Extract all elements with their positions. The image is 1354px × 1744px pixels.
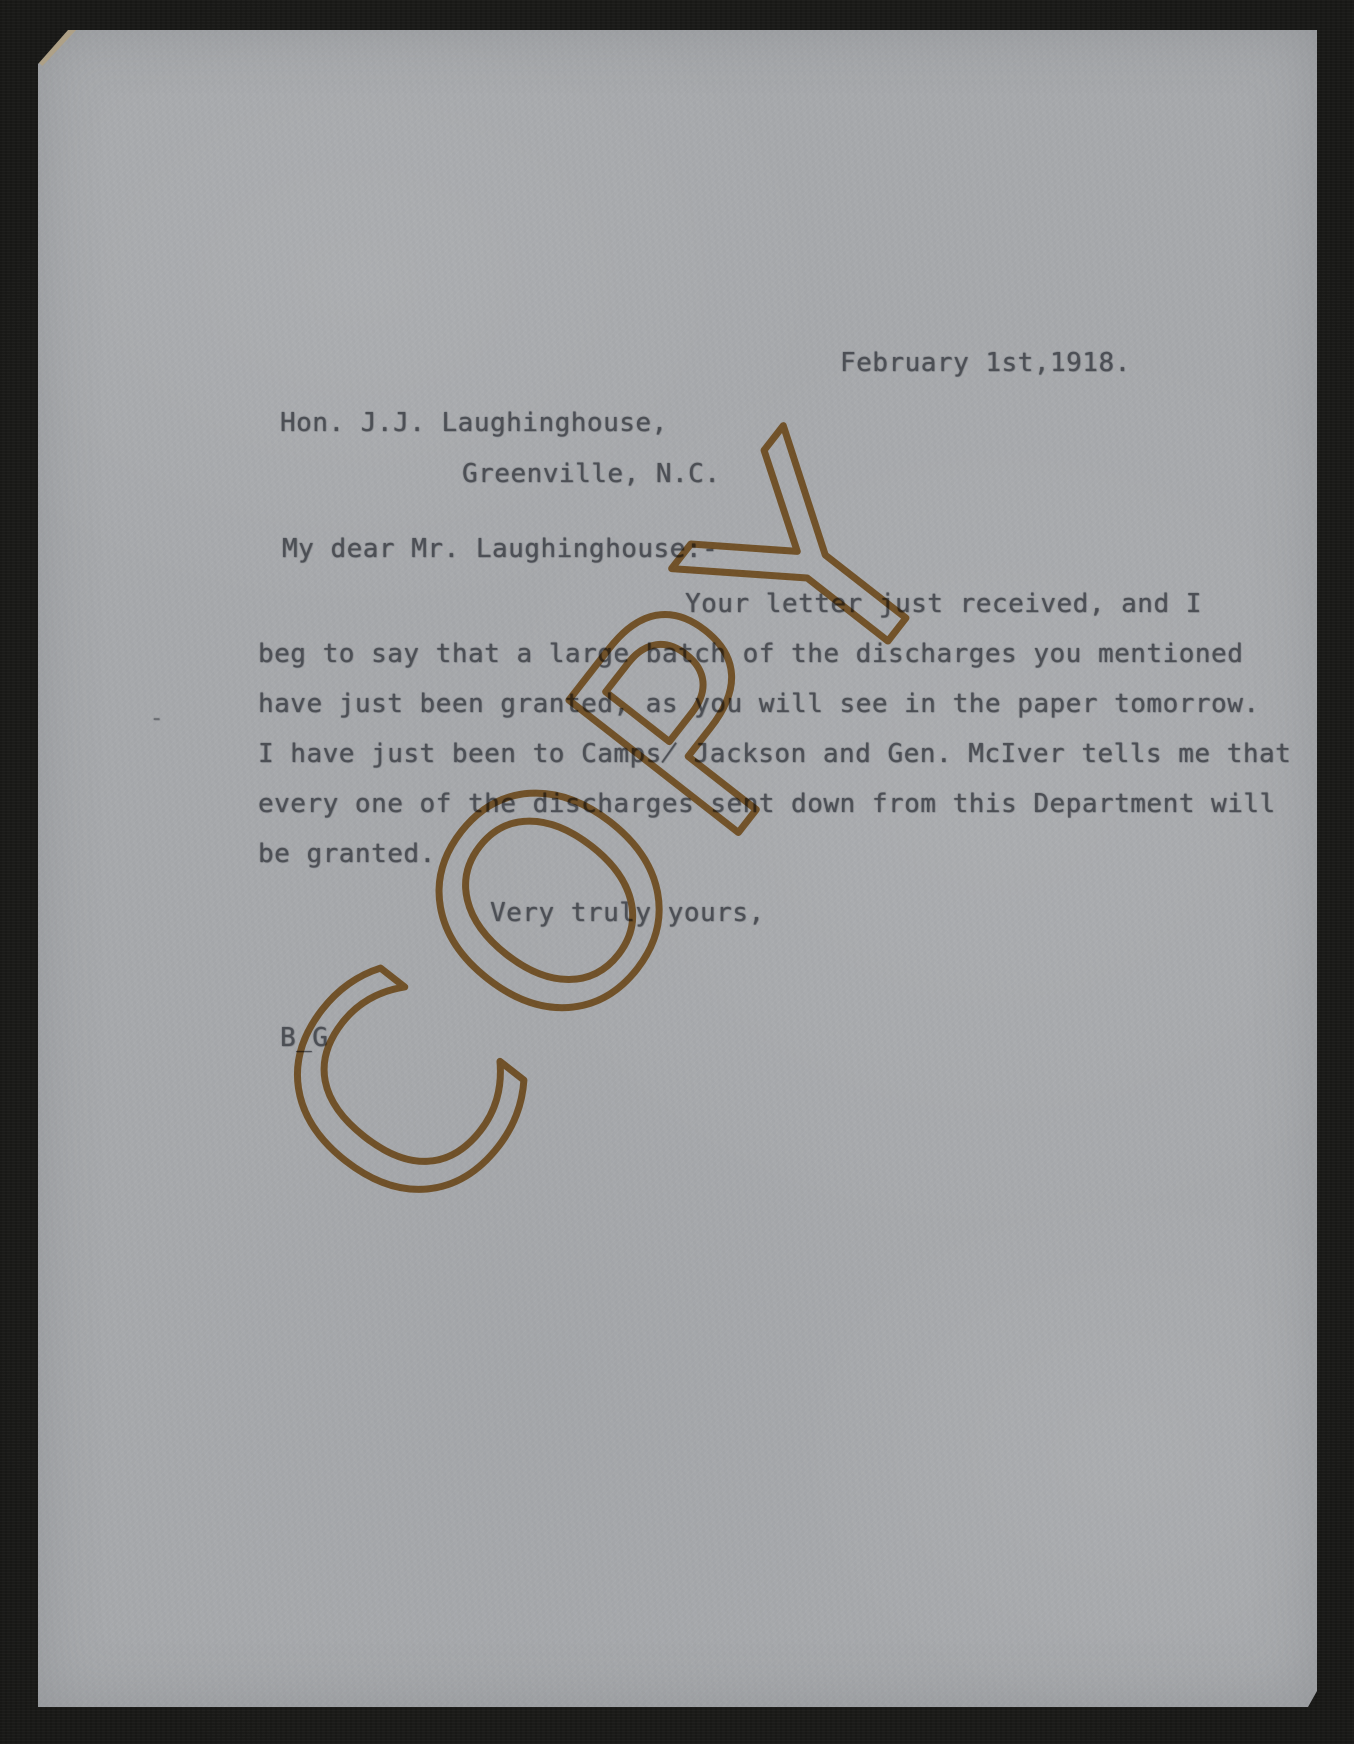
signature-initials: B_G — [280, 1025, 328, 1051]
recipient-name-line: Hon. J.J. Laughinghouse, — [280, 410, 668, 436]
body-line-6: be granted. — [258, 841, 436, 867]
body-line-3: have just been granted, as you will see … — [258, 691, 1260, 717]
date-line: February 1st,1918. — [840, 350, 1131, 376]
salutation-line: My dear Mr. Laughinghouse:- — [282, 536, 718, 562]
margin-mark: - — [150, 708, 164, 730]
copy-watermark-text: COPY — [204, 370, 1023, 1283]
copy-stamp-watermark: COPY — [38, 30, 1317, 1707]
body-line-5: every one of the discharges sent down fr… — [258, 791, 1276, 817]
body-line-2: beg to say that a large batch of the dis… — [258, 641, 1243, 667]
body-line-1: Your letter just received, and I — [685, 591, 1202, 617]
recipient-city-line: Greenville, N.C. — [462, 461, 720, 487]
torn-corner-edge — [38, 24, 78, 66]
letter-page: February 1st,1918. Hon. J.J. Laughinghou… — [38, 30, 1317, 1707]
scanned-document-background: February 1st,1918. Hon. J.J. Laughinghou… — [0, 0, 1354, 1744]
body-line-4: I have just been to Camps̸ Jackson and G… — [258, 741, 1291, 767]
closing-line: Very truly yours, — [490, 900, 765, 926]
